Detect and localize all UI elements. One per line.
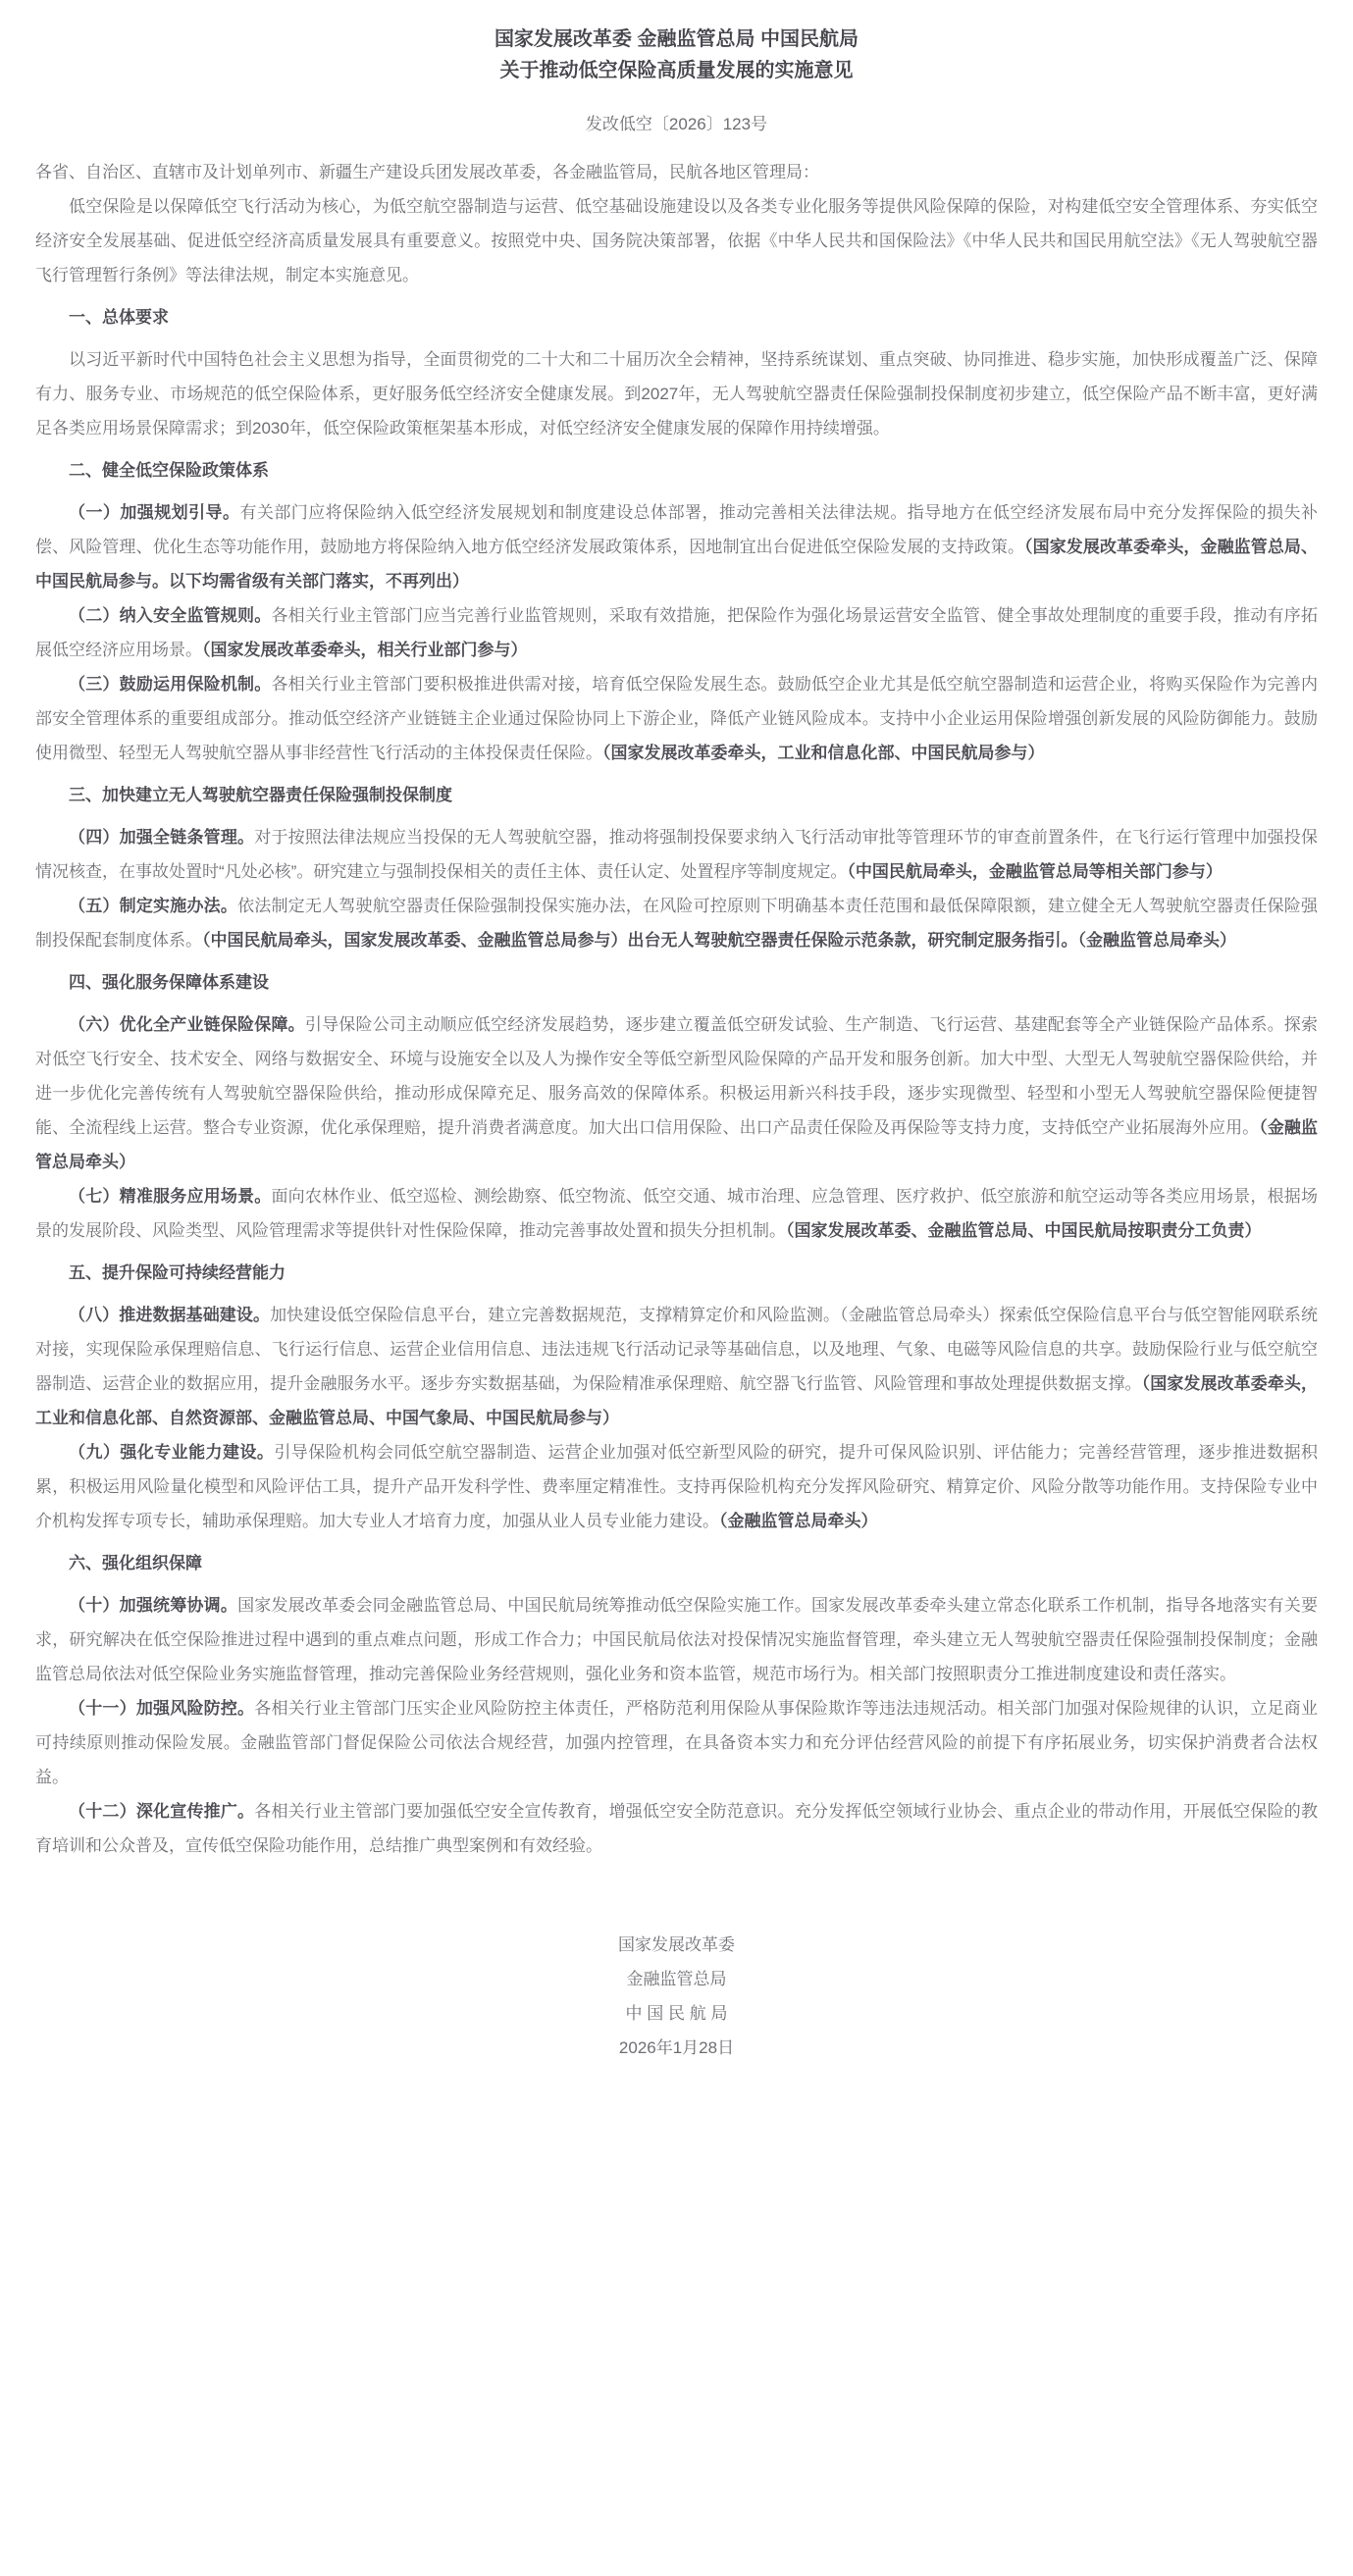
paragraph: （十）加强统筹协调。国家发展改革委会同金融监管总局、中国民航局统筹推动低空保险实… [35,1588,1318,1691]
title-subject: 关于推动低空保险高质量发展的实施意见 [35,55,1318,86]
signature-agency-3: 中 国 民 航 局 [35,1996,1318,2031]
bold-run: （三）鼓励运用保险机制。 [69,675,271,694]
bold-run: （二）纳入安全监管规则。 [69,606,271,625]
bold-run: 四、强化服务保障体系建设 [69,973,269,992]
bold-run: （一）加强规划引导。 [69,503,239,522]
bold-run: （国家发展改革委牵头，工业和信息化部、中国民航局参与） [602,744,1045,762]
bold-run: （七）精准服务应用场景。 [69,1187,271,1206]
text-run: 低空保险是以保障低空飞行活动为核心，为低空航空器制造与运营、低空基础设施建设以及… [35,197,1318,284]
section-heading: 五、提升保险可持续经营能力 [35,1256,1318,1290]
paragraph: （九）强化专业能力建设。引导保险机构会同低空航空器制造、运营企业加强对低空新型风… [35,1435,1318,1538]
bold-run: 三、加快建立无人驾驶航空器责任保险强制投保制度 [69,786,452,804]
section-heading: 三、加快建立无人驾驶航空器责任保险强制投保制度 [35,778,1318,812]
bold-run: （六）优化全产业链保险保障。 [69,1015,305,1034]
title-agencies: 国家发展改革委 金融监管总局 中国民航局 [35,24,1318,55]
bold-run: （中国民航局牵头，国家发展改革委、金融监管总局参与）出台无人驾驶航空器责任保险示… [202,931,1236,950]
document-number: 发改低空〔2026〕123号 [35,107,1318,141]
bold-run: （四）加强全链条管理。 [69,828,254,847]
paragraph: （十二）深化宣传推广。各相关行业主管部门要加强低空安全宣传教育，增强低空安全防范… [35,1794,1318,1863]
paragraph: 低空保险是以保障低空飞行活动为核心，为低空航空器制造与运营、低空基础设施建设以及… [35,189,1318,292]
bold-run: （八）推进数据基础建设。 [69,1306,270,1324]
paragraph: （六）优化全产业链保险保障。引导保险公司主动顺应低空经济发展趋势，逐步建立覆盖低… [35,1007,1318,1179]
paragraph: （二）纳入安全监管规则。各相关行业主管部门应当完善行业监管规则，采取有效措施，把… [35,598,1318,667]
section-heading: 一、总体要求 [35,300,1318,335]
section-heading: 六、强化组织保障 [35,1546,1318,1580]
section-heading: 二、健全低空保险政策体系 [35,453,1318,488]
bold-run: （十二）深化宣传推广。 [69,1802,254,1821]
bold-run: 二、健全低空保险政策体系 [69,461,269,480]
paragraph: （三）鼓励运用保险机制。各相关行业主管部门要积极推进供需对接，培育低空保险发展生… [35,667,1318,770]
document-body: 各省、自治区、直辖市及计划单列市、新疆生产建设兵团发展改革委，各金融监管局，民航… [35,155,1318,1863]
signature-date: 2026年1月28日 [35,2031,1318,2065]
bold-run: （十一）加强风险防控。 [69,1699,254,1718]
signature-agency-2: 金融监管总局 [35,1962,1318,1996]
paragraph: （五）制定实施办法。依法制定无人驾驶航空器责任保险强制投保实施办法，在风险可控原… [35,889,1318,957]
section-heading: 四、强化服务保障体系建设 [35,965,1318,1000]
bold-run: 一、总体要求 [69,308,169,327]
document-title: 国家发展改革委 金融监管总局 中国民航局 关于推动低空保险高质量发展的实施意见 [35,24,1318,86]
paragraph: 以习近平新时代中国特色社会主义思想为指导，全面贯彻党的二十大和二十届历次全会精神… [35,342,1318,445]
bold-run: 五、提升保险可持续经营能力 [69,1263,286,1282]
bold-run: （国家发展改革委牵头，相关行业部门参与） [202,641,528,659]
signature-agency-1: 国家发展改革委 [35,1928,1318,1962]
bold-run: （中国民航局牵头，金融监管总局等相关部门参与） [847,862,1223,881]
text-run: 各省、自治区、直辖市及计划单列市、新疆生产建设兵团发展改革委，各金融监管局，民航… [35,163,819,181]
official-document: 国家发展改革委 金融监管总局 中国民航局 关于推动低空保险高质量发展的实施意见 … [0,0,1353,2094]
bold-run: （五）制定实施办法。 [69,897,237,915]
paragraph: （一）加强规划引导。有关部门应将保险纳入低空经济发展规划和制度建设总体部署，推动… [35,495,1318,598]
paragraph: （七）精准服务应用场景。面向农林作业、低空巡检、测绘勘察、低空物流、低空交通、城… [35,1179,1318,1248]
bold-run: （金融监管总局牵头） [719,1512,878,1530]
paragraph: （八）推进数据基础建设。加快建设低空保险信息平台，建立完善数据规范，支撑精算定价… [35,1298,1318,1435]
text-run: 以习近平新时代中国特色社会主义思想为指导，全面贯彻党的二十大和二十届历次全会精神… [35,350,1318,438]
bold-run: （十）加强统筹协调。 [69,1596,237,1615]
paragraph: 各省、自治区、直辖市及计划单列市、新疆生产建设兵团发展改革委，各金融监管局，民航… [35,155,1318,189]
bold-run: （九）强化专业能力建设。 [69,1443,274,1462]
signature-block: 国家发展改革委 金融监管总局 中 国 民 航 局 2026年1月28日 [35,1928,1318,2065]
bold-run: 六、强化组织保障 [69,1554,202,1572]
paragraph: （四）加强全链条管理。对于按照法律法规应当投保的无人驾驶航空器，推动将强制投保要… [35,820,1318,889]
bold-run: （国家发展改革委、金融监管总局、中国民航局按职责分工负责） [786,1221,1262,1240]
paragraph: （十一）加强风险防控。各相关行业主管部门压实企业风险防控主体责任，严格防范利用保… [35,1691,1318,1794]
